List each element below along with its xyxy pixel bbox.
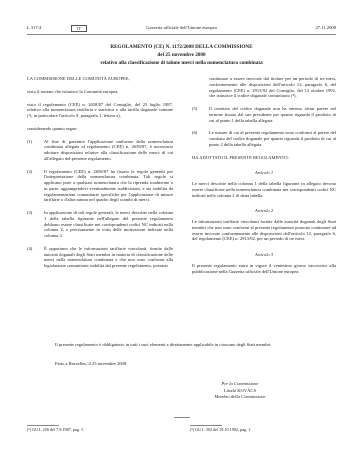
recital-number: (6): [192, 130, 209, 147]
footnote-rule: [27, 425, 59, 426]
recital-number: (2): [27, 169, 44, 204]
recital-number: (3): [27, 210, 44, 239]
footnote-rule: [190, 425, 222, 426]
recital-2: (2) Il regolamento (CEE) n. 2658/87 ha f…: [27, 169, 173, 204]
adoption-statement: HA ADOTTATO IL PRESENTE REGOLAMENTO:: [192, 155, 336, 161]
footnote-1: (¹) GU L 256 del 7.9.1987, pag. 1.: [27, 425, 84, 433]
article-2-text: Le informazioni tariffarie vincolanti fo…: [192, 219, 336, 242]
binding-clause: Il presente regolamento è obbligatorio i…: [55, 342, 305, 348]
footnote-separator: [174, 417, 190, 418]
preamble-treaty: visto il trattato che istituisce la Comu…: [27, 89, 173, 95]
left-column: LA COMMISSIONE DELLE COMUNITÀ EUROPEE, v…: [27, 76, 173, 276]
recital-3: (3) In applicazione di tali regole gener…: [27, 210, 173, 239]
recital-text: È opportuno che le informazioni tariffar…: [44, 246, 173, 269]
article-3-heading: Articolo 3: [192, 252, 336, 258]
article-2-heading: Articolo 2: [192, 208, 336, 214]
journal-title: Gazzetta ufficiale dell'Unione europea: [27, 23, 336, 33]
article-3-text: Il presente regolamento entra in vigore …: [192, 263, 336, 275]
regulation-title: REGOLAMENTO (CE) N. 1172/2008 DELLA COMM…: [27, 44, 336, 50]
article-1-text: Le merci descritte nella colonna 1 della…: [192, 181, 336, 198]
document-page: L 317/4 IT Gazzetta ufficiale dell'Union…: [0, 0, 360, 466]
recital-1: (1) Al fine di garantire l'applicazione …: [27, 139, 173, 162]
recital-number: (4): [27, 246, 44, 269]
recital-text: Al fine di garantire l'applicazione unif…: [44, 139, 173, 162]
recital-text: Il comitato del codice doganale non ha e…: [209, 106, 336, 123]
done-at: Fatto a Bruxelles, il 25 novembre 2008.: [55, 361, 305, 367]
signatory-role: Membro della Commissione: [170, 394, 310, 401]
page-header: L 317/4 IT Gazzetta ufficiale dell'Union…: [27, 23, 336, 33]
right-column: continuare a essere invocate dal titolar…: [192, 76, 336, 281]
header-divider: [27, 34, 336, 35]
footnote-text: (²) GU L 302 del 19.10.1992, pag. 1.: [190, 427, 251, 433]
recital-6: (6) Le misure di cui al presente regolam…: [192, 130, 336, 147]
footnote-2: (²) GU L 302 del 19.10.1992, pag. 1.: [190, 425, 251, 433]
preamble-commission: LA COMMISSIONE DELLE COMUNITÀ EUROPEE,: [27, 76, 173, 82]
recital-text: In applicazione di tali regole generali,…: [44, 210, 173, 239]
recital-number: (5): [192, 106, 209, 123]
regulation-subject: relativo alla classificazione di talune …: [27, 60, 336, 66]
preamble-considering: considerando quanto segue:: [27, 126, 173, 132]
recital-text: Le misure di cui al presente regolamento…: [209, 130, 336, 147]
recital-5: (5) Il comitato del codice doganale non …: [192, 106, 336, 123]
recital-4-continuation: continuare a essere invocate dal titolar…: [209, 76, 336, 99]
publication-date: 27.11.2008: [315, 23, 336, 33]
regulation-date: del 25 novembre 2008: [27, 52, 336, 58]
recital-text: Il regolamento (CEE) n. 2658/87 ha fissa…: [44, 169, 173, 204]
preamble-regulation: visto il regolamento (CEE) n. 2658/87 de…: [27, 102, 173, 119]
footnote-text: (¹) GU L 256 del 7.9.1987, pag. 1.: [27, 427, 84, 433]
signature-block: Per la Commissione László KOVÁCS Membro …: [170, 381, 310, 401]
recital-4: (4) È opportuno che le informazioni tari…: [27, 246, 173, 269]
article-1-heading: Articolo 1: [192, 170, 336, 176]
recital-number: (1): [27, 139, 44, 162]
